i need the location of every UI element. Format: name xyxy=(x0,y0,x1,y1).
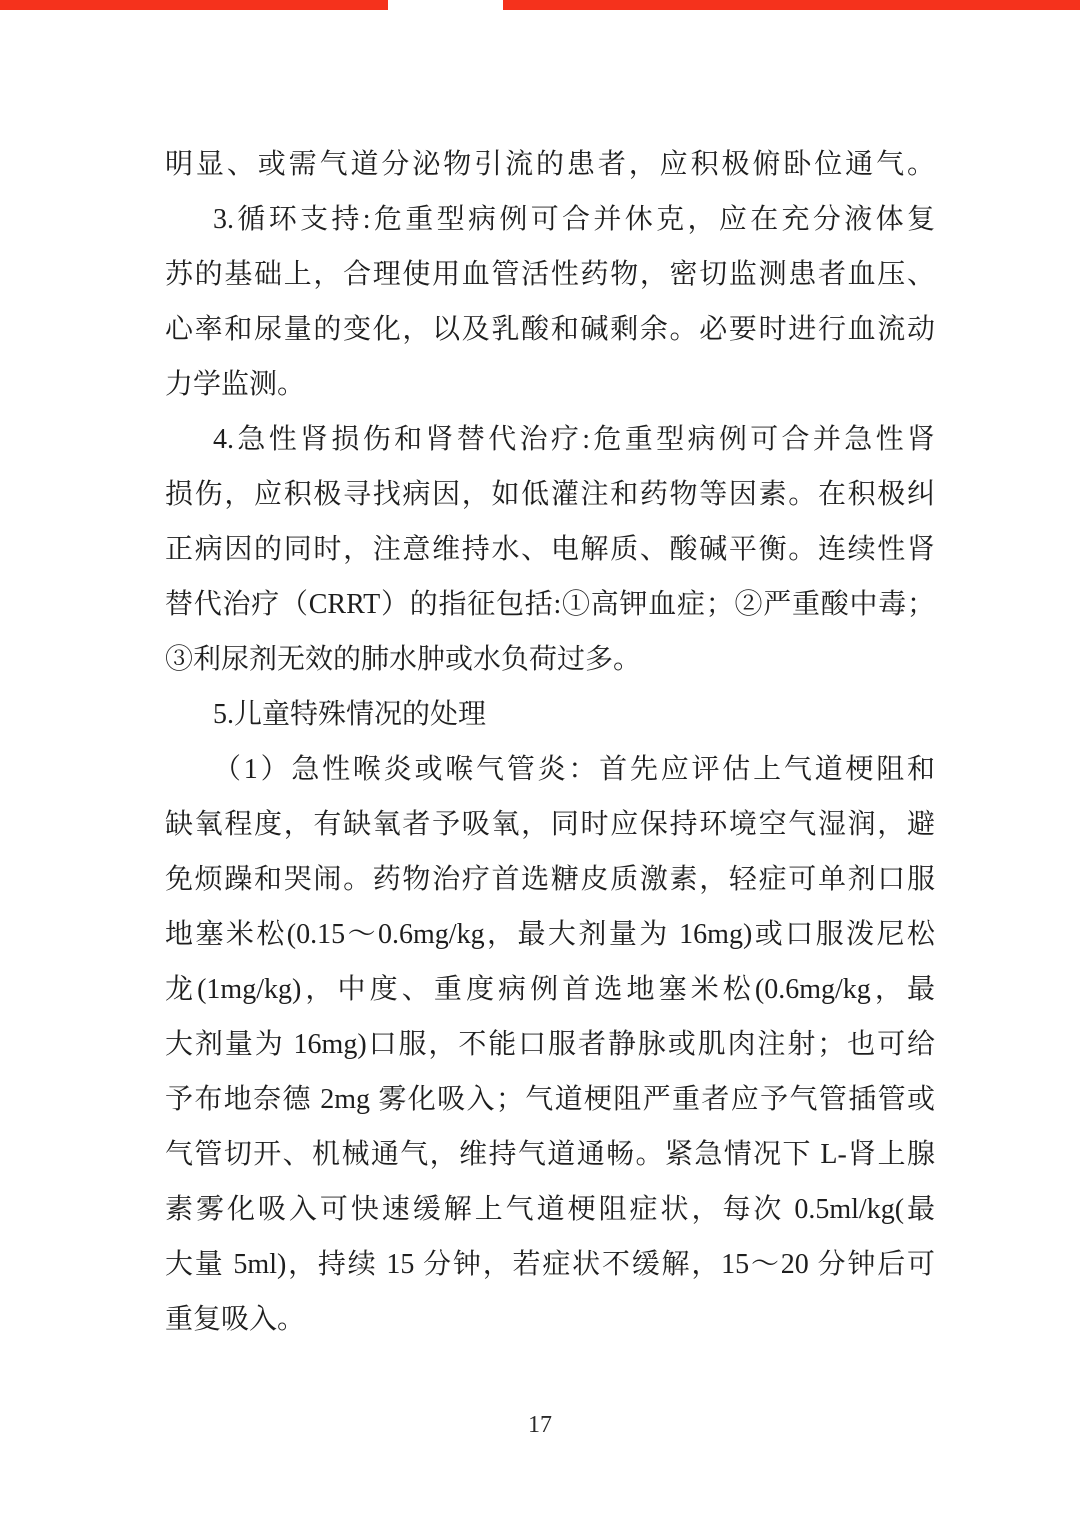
text-line: 大量 5ml)，持续 15 分钟，若症状不缓解，15～20 分钟后可 xyxy=(165,1237,935,1292)
text-line: 4.急性肾损伤和肾替代治疗:危重型病例可合并急性肾 xyxy=(165,412,935,467)
text-line: 缺氧程度，有缺氧者予吸氧，同时应保持环境空气湿润，避 xyxy=(165,797,935,852)
text-line: 明显、或需气道分泌物引流的患者，应积极俯卧位通气。 xyxy=(165,137,935,192)
text-line: 替代治疗（CRRT）的指征包括:①高钾血症；②严重酸中毒； xyxy=(165,577,935,632)
top-red-bar-left xyxy=(0,0,388,10)
text-line: 力学监测。 xyxy=(165,357,935,412)
text-line: 3.循环支持:危重型病例可合并休克，应在充分液体复 xyxy=(165,192,935,247)
document-body: 明显、或需气道分泌物引流的患者，应积极俯卧位通气。 3.循环支持:危重型病例可合… xyxy=(165,137,935,1347)
text-line: 气管切开、机械通气，维持气道通畅。紧急情况下 L-肾上腺 xyxy=(165,1127,935,1182)
text-line: 龙(1mg/kg)，中度、重度病例首选地塞米松(0.6mg/kg，最 xyxy=(165,962,935,1017)
text-line: 素雾化吸入可快速缓解上气道梗阻症状，每次 0.5ml/kg(最 xyxy=(165,1182,935,1237)
text-line: 5.儿童特殊情况的处理 xyxy=(165,687,935,742)
text-line: 大剂量为 16mg)口服，不能口服者静脉或肌肉注射；也可给 xyxy=(165,1017,935,1072)
text-line: 苏的基础上，合理使用血管活性药物，密切监测患者血压、 xyxy=(165,247,935,302)
text-line: 免烦躁和哭闹。药物治疗首选糖皮质激素，轻症可单剂口服 xyxy=(165,852,935,907)
text-line: ③利尿剂无效的肺水肿或水负荷过多。 xyxy=(165,632,935,687)
text-line: （1）急性喉炎或喉气管炎：首先应评估上气道梗阻和 xyxy=(165,742,935,797)
text-line: 损伤，应积极寻找病因，如低灌注和药物等因素。在积极纠 xyxy=(165,467,935,522)
text-line: 重复吸入。 xyxy=(165,1292,935,1347)
page-number: 17 xyxy=(0,1410,1080,1440)
text-line: 正病因的同时，注意维持水、电解质、酸碱平衡。连续性肾 xyxy=(165,522,935,577)
text-line: 予布地奈德 2mg 雾化吸入；气道梗阻严重者应予气管插管或 xyxy=(165,1072,935,1127)
top-red-bar-right xyxy=(503,0,1080,10)
text-line: 地塞米松(0.15～0.6mg/kg，最大剂量为 16mg)或口服泼尼松 xyxy=(165,907,935,962)
document-page: 明显、或需气道分泌物引流的患者，应积极俯卧位通气。 3.循环支持:危重型病例可合… xyxy=(0,0,1080,1527)
text-line: 心率和尿量的变化，以及乳酸和碱剩余。必要时进行血流动 xyxy=(165,302,935,357)
